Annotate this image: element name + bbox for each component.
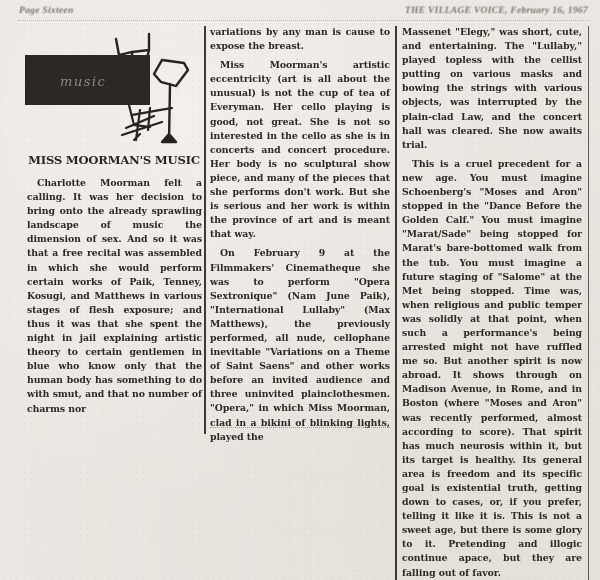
column-rule	[395, 26, 397, 580]
cello-stand-icon	[154, 60, 188, 142]
paragraph: This is a cruel precedent for a new age.…	[402, 158, 582, 580]
article-column-3: Massenet "Elegy," was short, cute, and e…	[402, 26, 582, 580]
paragraph: Massenet "Elegy," was short, cute, and e…	[402, 26, 582, 153]
article-column-2: variations by any man is cause to expose…	[210, 26, 390, 450]
section-label: music	[60, 75, 106, 90]
header-divider	[18, 20, 590, 22]
paragraph: On February 9 at the Filmmakers' Cinemat…	[210, 247, 390, 444]
music-stand-icon: music	[22, 30, 197, 155]
running-head-page-number: Page Sixteen	[19, 6, 74, 16]
column-rule	[204, 26, 206, 434]
article-headline: MISS MOORMAN'S MUSIC	[28, 153, 200, 167]
chair-icon	[122, 105, 172, 140]
paragraph: Miss Moorman's artistic eccentricity (ar…	[210, 59, 390, 242]
music-section-logo: music	[22, 30, 197, 155]
paragraph: Charlotte Moorman felt a calling. It was…	[27, 177, 202, 417]
column-rule	[588, 26, 589, 580]
running-head-publication-date: THE VILLAGE VOICE, February 16, 1967	[405, 6, 588, 16]
newspaper-clipping: Page Sixteen THE VILLAGE VOICE, February…	[0, 0, 600, 580]
article-column-1: Charlotte Moorman felt a calling. It was…	[27, 177, 202, 422]
paragraph: variations by any man is cause to expose…	[210, 26, 390, 54]
